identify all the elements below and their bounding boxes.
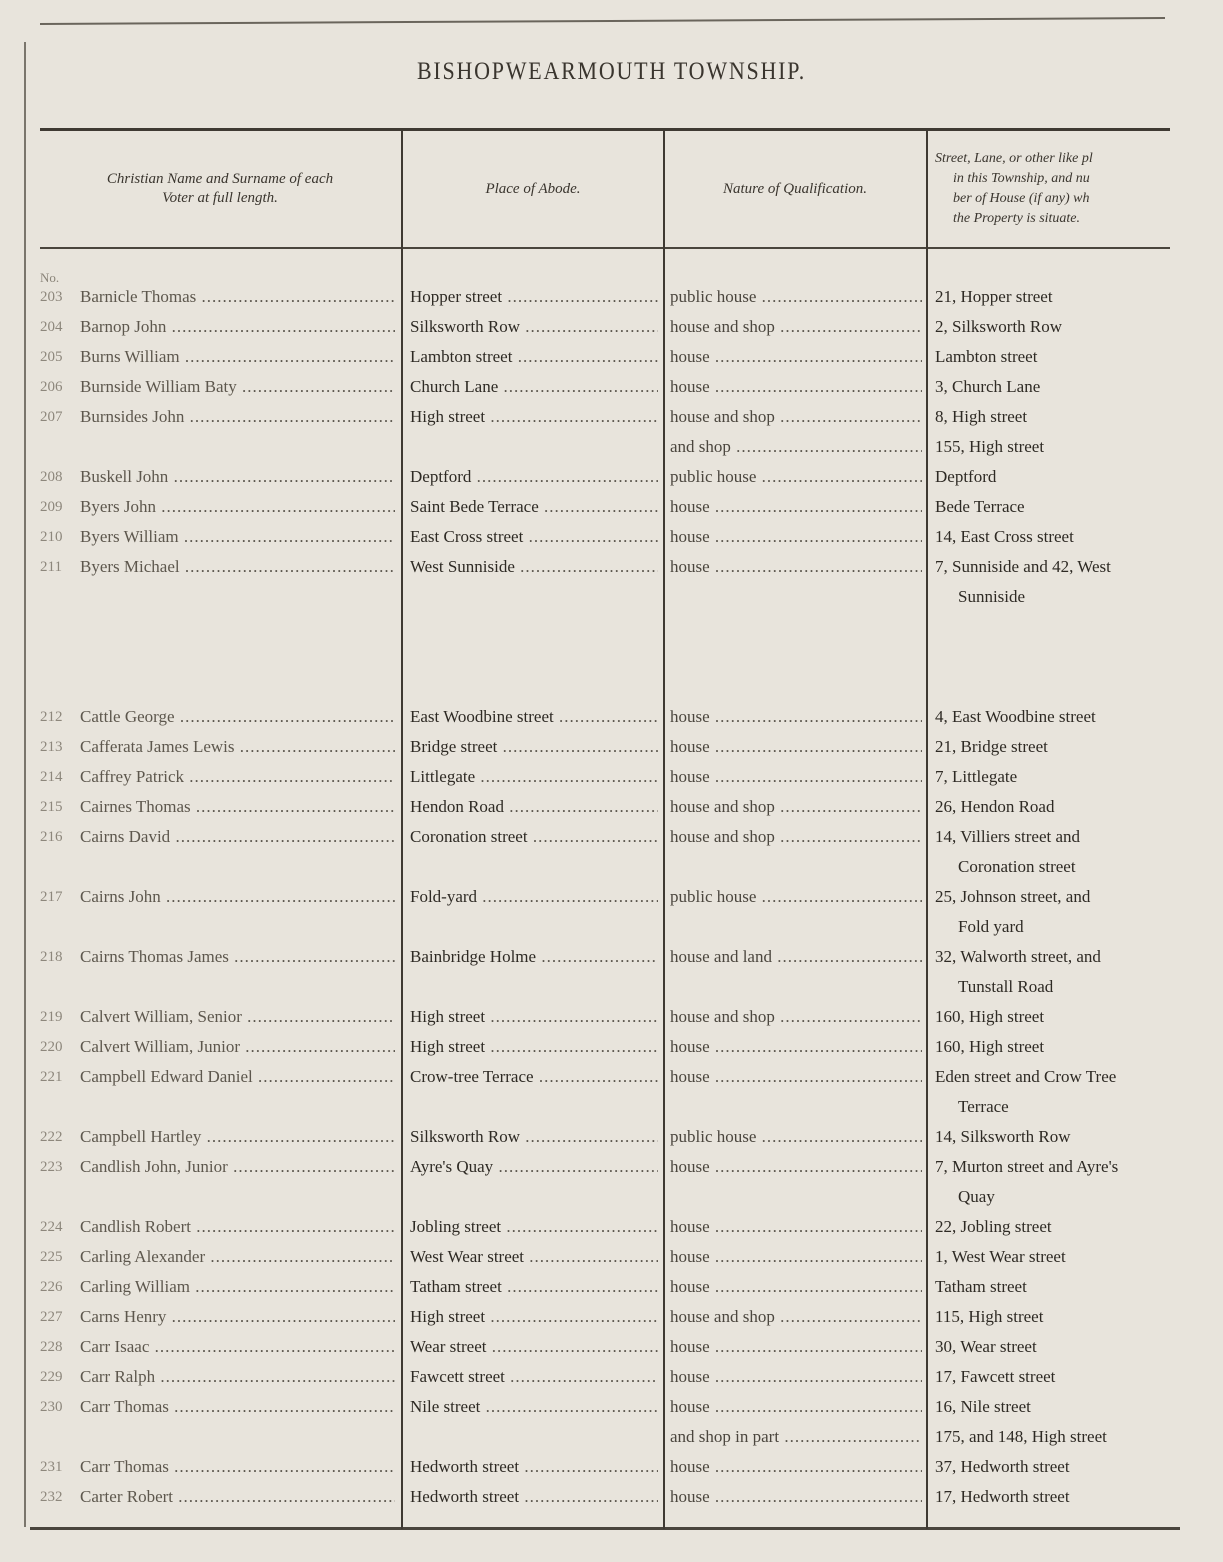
property-street: 160, High street: [935, 1032, 1175, 1062]
voter-name: Burnside William Baty: [80, 372, 395, 402]
voter-number: 215: [40, 792, 76, 822]
place-of-abode: Silksworth Row: [410, 1122, 658, 1152]
voter-number: 205: [40, 342, 76, 372]
voter-number: [40, 432, 76, 462]
voter-name: Carr Ralph: [80, 1362, 395, 1392]
property-street: 14, East Cross street: [935, 522, 1175, 552]
table-row: 203Barnicle ThomasHopper streetpublic ho…: [0, 282, 1223, 312]
place-of-abode: Hendon Road: [410, 792, 658, 822]
voter-number: 206: [40, 372, 76, 402]
voter-number: 219: [40, 1002, 76, 1032]
nature-of-qualification: and shop in part: [670, 1422, 922, 1452]
place-of-abode: Nile street: [410, 1392, 658, 1422]
property-street: 155, High street: [935, 432, 1175, 462]
voter-name: Burnsides John: [80, 402, 395, 432]
voter-name: Carr Thomas: [80, 1392, 395, 1422]
voter-number: 230: [40, 1392, 76, 1422]
nature-of-qualification: house and shop: [670, 312, 922, 342]
nature-of-qualification: house: [670, 1362, 922, 1392]
table-row: 209Byers JohnSaint Bede TerracehouseBede…: [0, 492, 1223, 522]
header-qualification: Nature of Qualification.: [665, 131, 925, 247]
nature-of-qualification: house and shop: [670, 1302, 922, 1332]
property-street: 25, Johnson street, and: [935, 882, 1175, 912]
property-street: 37, Hedworth street: [935, 1452, 1175, 1482]
place-of-abode: Bainbridge Holme: [410, 942, 658, 972]
place-of-abode: [410, 1422, 658, 1452]
voter-name: Carr Thomas: [80, 1452, 395, 1482]
voter-name: Carter Robert: [80, 1482, 395, 1512]
voter-name: [80, 1422, 395, 1452]
property-street: 7, Littlegate: [935, 762, 1175, 792]
property-street-continued: Sunniside: [958, 582, 1025, 612]
place-of-abode: High street: [410, 402, 658, 432]
top-rule: [40, 17, 1165, 25]
table-row: 218Cairns Thomas JamesBainbridge Holmeho…: [0, 942, 1223, 972]
voter-name: Buskell John: [80, 462, 395, 492]
table-row: 231Carr ThomasHedworth streethouse37, He…: [0, 1452, 1223, 1482]
place-of-abode: Tatham street: [410, 1272, 658, 1302]
header-abode: Place of Abode.: [403, 131, 663, 247]
nature-of-qualification: public house: [670, 1122, 922, 1152]
voter-name: Calvert William, Junior: [80, 1032, 395, 1062]
table-row: 228Carr IsaacWear streethouse30, Wear st…: [0, 1332, 1223, 1362]
voter-number: 208: [40, 462, 76, 492]
property-street: 7, Murton street and Ayre's: [935, 1152, 1175, 1182]
voter-name: Carling William: [80, 1272, 395, 1302]
voter-name: Candlish John, Junior: [80, 1152, 395, 1182]
property-street: 17, Fawcett street: [935, 1362, 1175, 1392]
table-row: 208Buskell JohnDeptfordpublic houseDeptf…: [0, 462, 1223, 492]
place-of-abode: Bridge street: [410, 732, 658, 762]
place-of-abode: East Cross street: [410, 522, 658, 552]
voter-number: 232: [40, 1482, 76, 1512]
nature-of-qualification: house: [670, 342, 922, 372]
voter-name: Cairnes Thomas: [80, 792, 395, 822]
property-street: 160, High street: [935, 1002, 1175, 1032]
voter-number: 220: [40, 1032, 76, 1062]
table-row: 232Carter RobertHedworth streethouse17, …: [0, 1482, 1223, 1512]
property-street: 4, East Woodbine street: [935, 702, 1175, 732]
nature-of-qualification: house: [670, 552, 922, 582]
nature-of-qualification: public house: [670, 882, 922, 912]
table-row: 210Byers WilliamEast Cross streethouse14…: [0, 522, 1223, 552]
nature-of-qualification: public house: [670, 282, 922, 312]
nature-of-qualification: house: [670, 1452, 922, 1482]
property-street: Bede Terrace: [935, 492, 1175, 522]
nature-of-qualification: house: [670, 1332, 922, 1362]
table-row: 222Campbell HartleySilksworth Rowpublic …: [0, 1122, 1223, 1152]
nature-of-qualification: house: [670, 762, 922, 792]
nature-of-qualification: house: [670, 1062, 922, 1092]
voter-name: Cairns John: [80, 882, 395, 912]
table-row: 219Calvert William, SeniorHigh streethou…: [0, 1002, 1223, 1032]
place-of-abode: High street: [410, 1032, 658, 1062]
place-of-abode: Hedworth street: [410, 1482, 658, 1512]
voter-number: 223: [40, 1152, 76, 1182]
voter-name: Cafferata James Lewis: [80, 732, 395, 762]
voter-number: [40, 1422, 76, 1452]
voter-name: [80, 432, 395, 462]
voter-number: 231: [40, 1452, 76, 1482]
property-street: 26, Hendon Road: [935, 792, 1175, 822]
voter-number: 207: [40, 402, 76, 432]
table-row: 220Calvert William, JuniorHigh streethou…: [0, 1032, 1223, 1062]
place-of-abode: High street: [410, 1002, 658, 1032]
register-page: BISHOPWEARMOUTH TOWNSHIP. Christian Name…: [0, 0, 1223, 1562]
property-street: 30, Wear street: [935, 1332, 1175, 1362]
place-of-abode: Deptford: [410, 462, 658, 492]
table-row: and shop155, High street: [0, 432, 1223, 462]
table-row: 230Carr ThomasNile streethouse16, Nile s…: [0, 1392, 1223, 1422]
voter-name: Campbell Hartley: [80, 1122, 395, 1152]
property-street: 3, Church Lane: [935, 372, 1175, 402]
table-row: 223Candlish John, JuniorAyre's Quayhouse…: [0, 1152, 1223, 1182]
nature-of-qualification: and shop: [670, 432, 922, 462]
table-row: 226Carling WilliamTatham streethouseTath…: [0, 1272, 1223, 1302]
voter-number: 216: [40, 822, 76, 852]
voter-name: Caffrey Patrick: [80, 762, 395, 792]
voter-number: 225: [40, 1242, 76, 1272]
nature-of-qualification: house and land: [670, 942, 922, 972]
nature-of-qualification: house: [670, 732, 922, 762]
header-name: Christian Name and Surname of each Voter…: [40, 131, 400, 247]
table-row: 224Candlish RobertJobling streethouse22,…: [0, 1212, 1223, 1242]
nature-of-qualification: house and shop: [670, 1002, 922, 1032]
nature-of-qualification: public house: [670, 462, 922, 492]
voter-name: Cairns David: [80, 822, 395, 852]
table-row: 215Cairnes ThomasHendon Roadhouse and sh…: [0, 792, 1223, 822]
nature-of-qualification: house and shop: [670, 402, 922, 432]
voter-name: Carns Henry: [80, 1302, 395, 1332]
property-street: 32, Walworth street, and: [935, 942, 1175, 972]
voter-name: Barnicle Thomas: [80, 282, 395, 312]
table-row: 211Byers MichaelWest Sunnisidehouse7, Su…: [0, 552, 1223, 582]
place-of-abode: Coronation street: [410, 822, 658, 852]
nature-of-qualification: house: [670, 372, 922, 402]
property-street-continued: Terrace: [958, 1092, 1009, 1122]
voter-number: 226: [40, 1272, 76, 1302]
place-of-abode: High street: [410, 1302, 658, 1332]
table-row: 214Caffrey PatrickLittlegatehouse7, Litt…: [0, 762, 1223, 792]
voter-number: 209: [40, 492, 76, 522]
property-street: 115, High street: [935, 1302, 1175, 1332]
place-of-abode: Jobling street: [410, 1212, 658, 1242]
place-of-abode: East Woodbine street: [410, 702, 658, 732]
place-of-abode: Littlegate: [410, 762, 658, 792]
voter-name: Carling Alexander: [80, 1242, 395, 1272]
voter-name: Carr Isaac: [80, 1332, 395, 1362]
voter-number: 224: [40, 1212, 76, 1242]
nature-of-qualification: house: [670, 1212, 922, 1242]
nature-of-qualification: house: [670, 1482, 922, 1512]
voter-number: 228: [40, 1332, 76, 1362]
property-street: 1, West Wear street: [935, 1242, 1175, 1272]
voter-name: Burns William: [80, 342, 395, 372]
voter-number: 210: [40, 522, 76, 552]
place-of-abode: Lambton street: [410, 342, 658, 372]
property-street: 22, Jobling street: [935, 1212, 1175, 1242]
voter-number: 203: [40, 282, 76, 312]
nature-of-qualification: house: [670, 1272, 922, 1302]
nature-of-qualification: house: [670, 702, 922, 732]
voter-number: 204: [40, 312, 76, 342]
place-of-abode: West Sunniside: [410, 552, 658, 582]
header-bottom-rule: [40, 247, 1170, 249]
voter-name: Barnop John: [80, 312, 395, 342]
property-street: 21, Hopper street: [935, 282, 1175, 312]
voter-name: Cairns Thomas James: [80, 942, 395, 972]
voter-number: 221: [40, 1062, 76, 1092]
voter-number: 212: [40, 702, 76, 732]
property-street: 2, Silksworth Row: [935, 312, 1175, 342]
voter-number: 218: [40, 942, 76, 972]
nature-of-qualification: house and shop: [670, 792, 922, 822]
place-of-abode: Crow-tree Terrace: [410, 1062, 658, 1092]
voter-number: 227: [40, 1302, 76, 1332]
voter-number: 217: [40, 882, 76, 912]
property-street: 8, High street: [935, 402, 1175, 432]
bottom-rule: [30, 1527, 1180, 1530]
property-street: 7, Sunniside and 42, West: [935, 552, 1175, 582]
nature-of-qualification: house: [670, 522, 922, 552]
place-of-abode: Wear street: [410, 1332, 658, 1362]
table-row: 216Cairns DavidCoronation streethouse an…: [0, 822, 1223, 852]
property-street-continued: Tunstall Road: [958, 972, 1053, 1002]
nature-of-qualification: house: [670, 1032, 922, 1062]
property-street: 175, and 148, High street: [935, 1422, 1175, 1452]
page-title: BISHOPWEARMOUTH TOWNSHIP.: [73, 58, 1149, 86]
place-of-abode: West Wear street: [410, 1242, 658, 1272]
property-street: Deptford: [935, 462, 1175, 492]
place-of-abode: Ayre's Quay: [410, 1152, 658, 1182]
voter-number: 214: [40, 762, 76, 792]
voter-name: Campbell Edward Daniel: [80, 1062, 395, 1092]
table-row: 205Burns WilliamLambton streethouseLambt…: [0, 342, 1223, 372]
property-street-continued: Fold yard: [958, 912, 1024, 942]
table-row: 217Cairns JohnFold-yardpublic house25, J…: [0, 882, 1223, 912]
voter-number: 213: [40, 732, 76, 762]
property-street: Eden street and Crow Tree: [935, 1062, 1175, 1092]
voter-number: 222: [40, 1122, 76, 1152]
table-row: 227Carns HenryHigh streethouse and shop1…: [0, 1302, 1223, 1332]
voter-name: Byers John: [80, 492, 395, 522]
property-street-continued: Quay: [958, 1182, 995, 1212]
voter-name: Calvert William, Senior: [80, 1002, 395, 1032]
table-row: 229Carr RalphFawcett streethouse17, Fawc…: [0, 1362, 1223, 1392]
property-street: 21, Bridge street: [935, 732, 1175, 762]
property-street: 14, Villiers street and: [935, 822, 1175, 852]
voter-number: 211: [40, 552, 76, 582]
table-row: 212Cattle GeorgeEast Woodbine streethous…: [0, 702, 1223, 732]
table-row: 221Campbell Edward DanielCrow-tree Terra…: [0, 1062, 1223, 1092]
place-of-abode: Saint Bede Terrace: [410, 492, 658, 522]
table-row: and shop in part175, and 148, High stree…: [0, 1422, 1223, 1452]
voter-name: Byers Michael: [80, 552, 395, 582]
place-of-abode: Fold-yard: [410, 882, 658, 912]
place-of-abode: Fawcett street: [410, 1362, 658, 1392]
voter-number: 229: [40, 1362, 76, 1392]
voter-name: Cattle George: [80, 702, 395, 732]
property-street: Tatham street: [935, 1272, 1175, 1302]
nature-of-qualification: house: [670, 1392, 922, 1422]
property-street: 14, Silksworth Row: [935, 1122, 1175, 1152]
table-row: 225Carling AlexanderWest Wear streethous…: [0, 1242, 1223, 1272]
property-street-continued: Coronation street: [958, 852, 1076, 882]
nature-of-qualification: house: [670, 1152, 922, 1182]
place-of-abode: [410, 432, 658, 462]
table-row: 204Barnop JohnSilksworth Rowhouse and sh…: [0, 312, 1223, 342]
place-of-abode: Hedworth street: [410, 1452, 658, 1482]
table-row: 213Cafferata James LewisBridge streethou…: [0, 732, 1223, 762]
voter-name: Byers William: [80, 522, 395, 552]
voter-name: Candlish Robert: [80, 1212, 395, 1242]
nature-of-qualification: house: [670, 492, 922, 522]
property-street: 17, Hedworth street: [935, 1482, 1175, 1512]
nature-of-qualification: house and shop: [670, 822, 922, 852]
place-of-abode: Silksworth Row: [410, 312, 658, 342]
property-street: 16, Nile street: [935, 1392, 1175, 1422]
property-street: Lambton street: [935, 342, 1175, 372]
header-street: Street, Lane, or other like pl in this T…: [935, 131, 1170, 247]
table-row: 206Burnside William BatyChurch Lanehouse…: [0, 372, 1223, 402]
place-of-abode: Hopper street: [410, 282, 658, 312]
place-of-abode: Church Lane: [410, 372, 658, 402]
nature-of-qualification: house: [670, 1242, 922, 1272]
table-row: 207Burnsides JohnHigh streethouse and sh…: [0, 402, 1223, 432]
